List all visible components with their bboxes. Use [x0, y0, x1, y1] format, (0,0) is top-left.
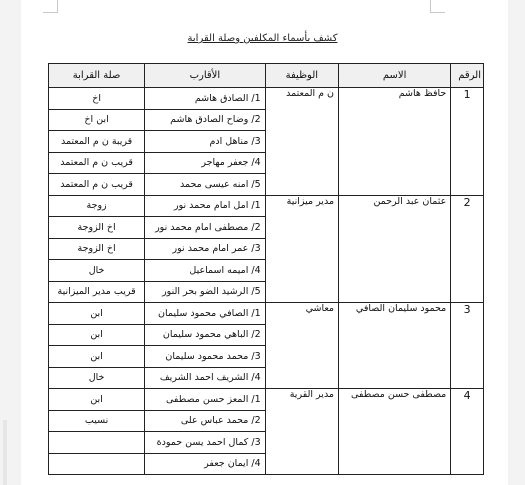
header-number: الرقم	[451, 64, 484, 88]
relative-name: 1/ امل امام محمد نور	[145, 195, 265, 217]
header-relation: صلة القرابة	[49, 64, 145, 88]
relative-name: 4/ الشريف احمد الشريف	[145, 367, 265, 389]
relative-name: 4/ ايمان جعفر	[145, 453, 265, 475]
relation-type	[49, 453, 145, 475]
crop-mark-top-right	[430, 0, 445, 13]
table-row: 3محمود سليمان الصافيمعاشي1/ الصافي محمود…	[49, 303, 484, 325]
employee-name: حافظ هاشم	[339, 88, 451, 196]
scroll-track	[3, 420, 7, 485]
document-title: كشف بأسماء المكلفين وصلة القرابة	[0, 33, 525, 44]
relation-type: ابن	[49, 303, 145, 325]
relation-type: ابن اخ	[49, 109, 145, 131]
table-body: 1حافظ هاشمن م المعتمد1/ الصادق هاشماخ2/ …	[49, 88, 484, 475]
relation-type: ابن	[49, 346, 145, 368]
row-number: 3	[451, 303, 484, 389]
relatives-table: الرقم الاسم الوظيفة الأقارب صلة القرابة …	[48, 63, 484, 475]
employee-job: مدير ميزانية	[265, 195, 338, 303]
document-title-text: كشف بأسماء المكلفين وصلة القرابة	[188, 33, 338, 44]
employee-name: عثمان عبد الرحمن	[339, 195, 451, 303]
row-number: 4	[451, 389, 484, 475]
header-relatives: الأقارب	[145, 64, 265, 88]
relation-type: زوجة	[49, 195, 145, 217]
relation-type: قريبة ن م المعتمد	[49, 131, 145, 153]
employee-job: ن م المعتمد	[265, 88, 338, 196]
relation-type: قريب مدير الميزانية	[49, 281, 145, 303]
relation-type: قريب ن م المعتمد	[49, 152, 145, 174]
relation-type: نسيب	[49, 410, 145, 432]
relative-name: 5/ الرشيد الضو بحر النور	[145, 281, 265, 303]
relative-name: 3/ مناهل ادم	[145, 131, 265, 153]
relative-name: 2/ وضاح الصادق هاشم	[145, 109, 265, 131]
relation-type: خال	[49, 367, 145, 389]
relative-name: 4/ جعفر مهاجر	[145, 152, 265, 174]
employee-job: معاشي	[265, 303, 338, 389]
table-header-row: الرقم الاسم الوظيفة الأقارب صلة القرابة	[49, 64, 484, 88]
relative-name: 4/ اميمه اسماعيل	[145, 260, 265, 282]
relation-type: قريب ن م المعتمد	[49, 174, 145, 196]
header-job: الوظيفة	[265, 64, 338, 88]
relation-type: ابن	[49, 389, 145, 411]
relative-name: 2/ الباهي محمود سليمان	[145, 324, 265, 346]
relation-type: اخ	[49, 88, 145, 110]
employee-name: مصطفى حسن مصطفى	[339, 389, 451, 475]
row-number: 1	[451, 88, 484, 196]
relation-type: خال	[49, 260, 145, 282]
relation-type: اخ الزوجة	[49, 238, 145, 260]
relative-name: 1/ الصافي محمود سليمان	[145, 303, 265, 325]
crop-mark-top-left	[43, 0, 58, 13]
relative-name: 2/ مصطفى امام محمد نور	[145, 217, 265, 239]
row-number: 2	[451, 195, 484, 303]
relation-type	[49, 432, 145, 454]
table-row: 4مصطفى حسن مصطفىمدير القرية1/ المعز حسن …	[49, 389, 484, 411]
relative-name: 1/ الصادق هاشم	[145, 88, 265, 110]
relative-name: 3/ عمر امام محمد نور	[145, 238, 265, 260]
table-row: 2عثمان عبد الرحمنمدير ميزانية1/ امل امام…	[49, 195, 484, 217]
relative-name: 2/ محمد عباس على	[145, 410, 265, 432]
relative-name: 5/ امنه عيسى محمد	[145, 174, 265, 196]
header-name: الاسم	[339, 64, 451, 88]
relation-type: اخ الزوجة	[49, 217, 145, 239]
relative-name: 1/ المعز حسن مصطفى	[145, 389, 265, 411]
employee-name: محمود سليمان الصافي	[339, 303, 451, 389]
relative-name: 3/ كمال احمد يسن حمودة	[145, 432, 265, 454]
table-row: 1حافظ هاشمن م المعتمد1/ الصادق هاشماخ	[49, 88, 484, 110]
relation-type: ابن	[49, 324, 145, 346]
relative-name: 3/ محمد محمود سليمان	[145, 346, 265, 368]
employee-job: مدير القرية	[265, 389, 338, 475]
